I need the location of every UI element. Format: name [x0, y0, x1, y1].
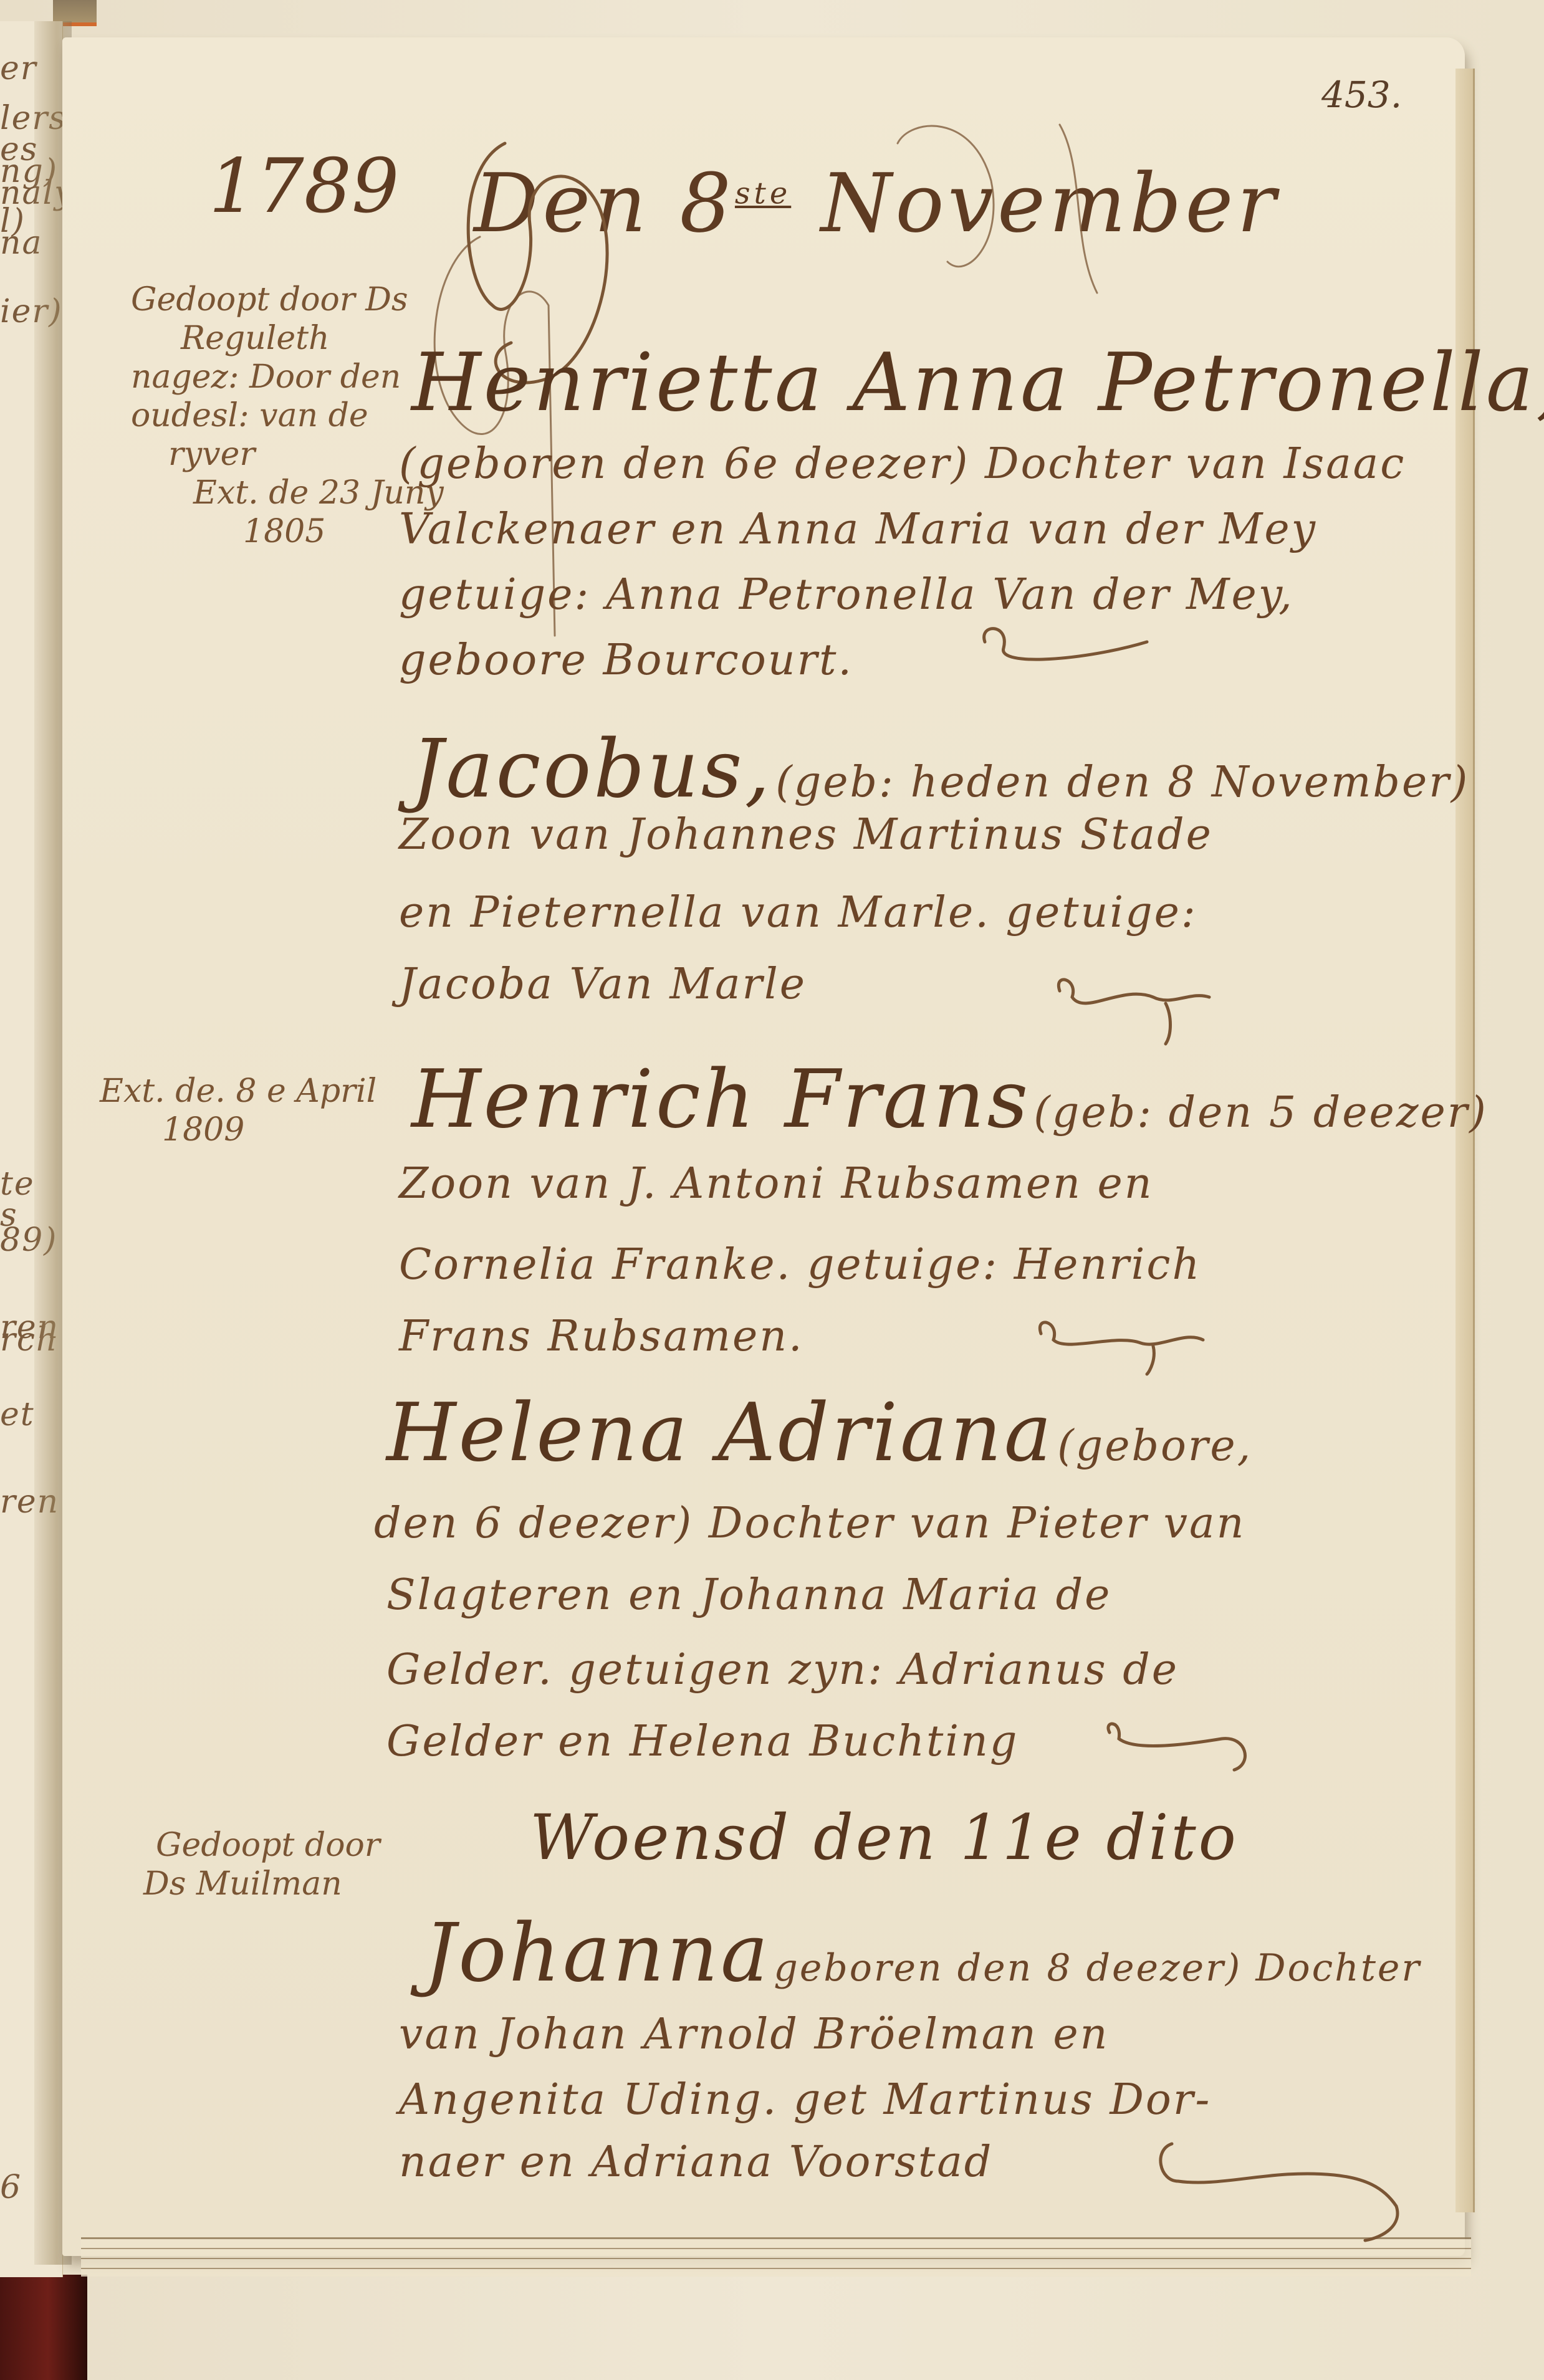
entry-birth-note: (geb: den 5 deezer) [1033, 1088, 1488, 1137]
date-superscript: ste [735, 176, 791, 211]
entry-line: Angenita Uding. get Martinus Dor- [399, 2075, 1211, 2124]
margin-note-line: 1809 [100, 1111, 376, 1149]
entry-birth-note: (gebore, [1057, 1422, 1252, 1471]
margin-note-line: oudesl: van de [131, 396, 444, 435]
entry-heading-henrich: Henrich Frans (geb: den 5 deezer) [411, 1053, 1488, 1146]
entry-line: Slagteren en Johanna Maria de [386, 1570, 1111, 1620]
entry-line: Valckenaer en Anna Maria van der Mey [399, 505, 1317, 554]
line-end-flourish-icon [1029, 1315, 1216, 1377]
book-binding-cover [0, 2275, 87, 2380]
sub-date-heading: Woensd den 11e dito [530, 1801, 1239, 1874]
margin-note-line: Reguleth [131, 319, 444, 358]
left-fragment: 6 [0, 2169, 22, 2206]
margin-note-line: Ds Muilman [143, 1865, 380, 1903]
entry-name-helena-adriana: Helena Adriana [386, 1387, 1054, 1479]
entry-line: Gelder. getuigen zyn: Adrianus de [386, 1645, 1179, 1694]
line-end-flourish-icon [1147, 2131, 1421, 2244]
line-end-flourish-icon [1097, 1720, 1259, 1776]
entry-line: Zoon van Johannes Martinus Stade [399, 810, 1213, 859]
entry-line: en Pieternella van Marle. getuige: [399, 888, 1197, 937]
entry-name-johanna: Johanna [424, 1907, 770, 2000]
margin-note-baptized-by: Gedoopt door Ds Reguleth nagez: Door den… [131, 280, 444, 551]
margin-note-line: Gedoopt door [143, 1826, 380, 1865]
entry-line: naer en Adriana Voorstad [399, 2138, 993, 2187]
margin-note-line: nagez: Door den [131, 358, 444, 396]
entry-line: Zoon van J. Antoni Rubsamen en [399, 1159, 1154, 1208]
entry-name-jacobus: Jacobus, [411, 723, 772, 816]
margin-note-line: 1805 [131, 512, 444, 551]
entry-line: Jacoba Van Marle [399, 960, 807, 1009]
entry-line: Cornelia Franke. getuige: Henrich [399, 1240, 1201, 1289]
entry-line: getuige: Anna Petronella Van der Mey, [399, 570, 1294, 619]
entry-line: Frans Rubsamen. [399, 1312, 804, 1361]
entry-heading-johanna: Johanna geboren den 8 deezer) Dochter [424, 1907, 1421, 2000]
register-year: 1789 [209, 143, 399, 230]
entry-heading-helena: Helena Adriana (gebore, [386, 1387, 1252, 1479]
margin-note-line: Ext. de 23 Juny [131, 474, 444, 512]
line-end-flourish-icon [972, 617, 1159, 673]
margin-note-line: ryver [131, 435, 444, 474]
capital-n-flourish-icon [873, 106, 1134, 312]
entry-line: den 6 deezer) Dochter van Pieter van [374, 1499, 1245, 1548]
entry-line: Gelder en Helena Buchting [386, 1717, 1019, 1766]
margin-note-extract: Ext. de. 8 e April 1809 [100, 1072, 376, 1149]
entry-name-henrich-frans: Henrich Frans [411, 1053, 1030, 1146]
entry-line: van Johan Arnold Bröelman en [399, 2010, 1109, 2059]
margin-note-line: Ext. de. 8 e April [100, 1072, 376, 1111]
left-fragment: et [0, 1396, 35, 1433]
page-number: 453. [1321, 74, 1402, 116]
entry-birth-note: (geb: heden den 8 November) [775, 758, 1469, 807]
entry-line: (geboren den 6e deezer) Dochter van Isaa… [399, 439, 1406, 489]
left-fragment: er [0, 50, 37, 87]
entry-line: geboore Bourcourt. [399, 636, 853, 685]
entry-birth-note: geboren den 8 deezer) Dochter [774, 1946, 1421, 1990]
line-end-flourish-icon [1047, 972, 1222, 1047]
margin-note-line: Gedoopt door Ds [131, 280, 444, 319]
entry-heading-jacobus: Jacobus, (geb: heden den 8 November) [411, 723, 1469, 816]
margin-note-baptized-by-muilman: Gedoopt door Ds Muilman [143, 1826, 380, 1903]
entry-name-henrietta: Henrietta Anna Petronella, [411, 337, 1544, 429]
